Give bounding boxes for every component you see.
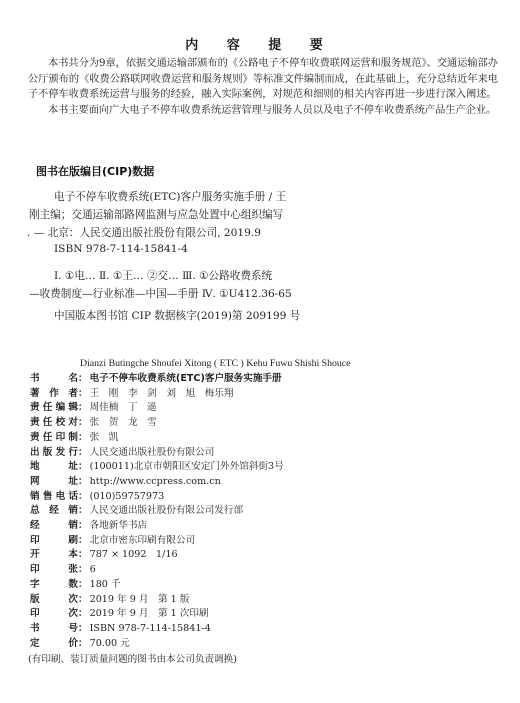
colophon-key: 经销 <box>30 519 78 533</box>
cip-heading: 图书在版编目(CIP)数据 <box>36 163 154 179</box>
colophon-key: 著作者 <box>30 387 78 401</box>
cip-isbn: ISBN 978-7-114-15841-4 <box>54 243 188 255</box>
summary-paragraph-1: 本书共分为9章，依据交通运输部颁布的《公路电子不停车收费联网运营和服务规范》、交… <box>28 56 498 103</box>
colophon-key: 印张 <box>30 563 78 577</box>
colophon-row: 印张：6 <box>30 563 96 577</box>
colophon-key: 书号 <box>30 622 78 636</box>
cip-line-2: 刚主编；交通运输部路网监测与应急处置中心组织编写 <box>29 207 283 222</box>
pinyin-title: Dianzi Butingche Shoufei Xitong ( ETC ) … <box>80 358 350 369</box>
colophon-value: (010)59757973 <box>90 491 165 502</box>
colophon-key: 地址 <box>30 460 78 474</box>
colon-separator: ： <box>78 388 88 399</box>
quality-note: (有印刷、装订质量问题的图书由本公司负责调换) <box>28 651 237 665</box>
colophon-key: 责任校对 <box>30 416 78 430</box>
colophon-row: 书名：电子不停车收费系统(ETC)客户服务实施手册 <box>30 372 282 386</box>
colon-separator: ： <box>78 491 88 502</box>
colophon-key: 定价 <box>30 637 78 651</box>
colophon-value: 70.00 元 <box>90 638 130 649</box>
colophon-value: 周佳楠 丁 遥 <box>90 402 157 413</box>
colon-separator: ： <box>78 461 88 472</box>
colophon-row: 责任校对：张 贺 龙 雪 <box>30 416 157 430</box>
colophon-value: 人民交通出版社股份有限公司发行部 <box>90 505 244 516</box>
summary-title: 内 容 提 要 <box>0 34 520 53</box>
colon-separator: ： <box>78 579 88 590</box>
cip-classification-2: —收费制度—行业标准—中国—手册 Ⅳ. ①U412.36-65 <box>29 286 292 301</box>
colophon-key: 网址 <box>30 475 78 489</box>
colophon-value: (100011)北京市朝阳区安定门外外馆斜街3号 <box>90 461 284 472</box>
colophon-value: 张 凯 <box>90 432 119 443</box>
colon-separator: ： <box>78 417 88 428</box>
colon-separator: ： <box>78 638 88 649</box>
colon-separator: ： <box>78 520 88 531</box>
colophon-row: 经销：各地新华书店 <box>30 519 147 533</box>
cip-line-1: 电子不停车收费系统(ETC)客户服务实施手册 / 王 <box>54 189 286 204</box>
colophon-row: 版次：2019 年 9 月 第 1 版 <box>30 593 189 607</box>
colophon-row: 书号：ISBN 978-7-114-15841-4 <box>30 622 211 636</box>
colophon-key: 字数 <box>30 578 78 592</box>
colophon-key: 销售电话 <box>30 490 78 504</box>
colon-separator: ： <box>78 623 88 634</box>
colophon-row: 网址：http://www.ccpress.com.cn <box>30 475 221 489</box>
colophon-value: 各地新华书店 <box>90 520 148 531</box>
colophon-row: 地址：(100011)北京市朝阳区安定门外外馆斜街3号 <box>30 460 284 474</box>
colophon-key: 责任编辑 <box>30 401 78 415</box>
colophon-row: 开本：787 × 1092 1/16 <box>30 548 178 562</box>
colophon-value: 2019 年 9 月 第 1 次印刷 <box>90 608 209 619</box>
colophon-row: 出版发行：人民交通出版社股份有限公司 <box>30 446 214 460</box>
colon-separator: ： <box>78 432 88 443</box>
colophon-value: ISBN 978-7-114-15841-4 <box>90 623 211 634</box>
cip-classification-1: Ⅰ. ①电… Ⅱ. ①王… ②交… Ⅲ. ①公路收费系统 <box>54 268 272 283</box>
colophon-value: 180 千 <box>90 579 121 590</box>
cip-record-number: 中国版本图书馆 CIP 数据核字(2019)第 209199 号 <box>54 308 300 323</box>
colophon-key: 版次 <box>30 593 78 607</box>
colophon-row: 总经销：人民交通出版社股份有限公司发行部 <box>30 504 243 518</box>
colophon-row: 责任印制：张 凯 <box>30 431 118 445</box>
colophon-row: 印次：2019 年 9 月 第 1 次印刷 <box>30 607 209 621</box>
colon-separator: ： <box>78 608 88 619</box>
colophon-value: 6 <box>90 564 96 575</box>
colon-separator: ： <box>78 505 88 516</box>
colophon-key: 书名 <box>30 372 78 386</box>
colophon-key: 总经销 <box>30 504 78 518</box>
colon-separator: ： <box>78 535 88 546</box>
colophon-value: 北京市密东印刷有限公司 <box>90 535 196 546</box>
colophon-key: 印次 <box>30 607 78 621</box>
colophon-value: 张 贺 龙 雪 <box>90 417 157 428</box>
colophon-row: 著作者：王 刚 李 剑 刘 旭 梅乐翔 <box>30 387 234 401</box>
colophon-value: 2019 年 9 月 第 1 版 <box>90 594 190 605</box>
colophon-value: 787 × 1092 1/16 <box>90 549 178 560</box>
colon-separator: ： <box>78 549 88 560</box>
colon-separator: ： <box>78 447 88 458</box>
colophon-value: 人民交通出版社股份有限公司 <box>90 447 215 458</box>
colophon-key: 开本 <box>30 548 78 562</box>
colophon-value: 电子不停车收费系统(ETC)客户服务实施手册 <box>90 373 282 384</box>
colon-separator: ： <box>78 594 88 605</box>
colophon-row: 定价：70.00 元 <box>30 637 130 651</box>
colophon-key: 印刷 <box>30 534 78 548</box>
colophon-row: 责任编辑：周佳楠 丁 遥 <box>30 401 157 415</box>
summary-paragraph-2: 本书主要面向广大电子不停车收费系统运营管理与服务人员以及电子不停车收费系统产品生… <box>28 103 498 119</box>
colophon-row: 字数：180 千 <box>30 578 121 592</box>
colophon-value: 王 刚 李 剑 刘 旭 梅乐翔 <box>90 388 234 399</box>
colon-separator: ： <box>78 373 88 384</box>
colophon-row: 印刷：北京市密东印刷有限公司 <box>30 534 195 548</box>
colophon-value: http://www.ccpress.com.cn <box>90 476 221 487</box>
colophon-row: 销售电话：(010)59757973 <box>30 490 164 504</box>
colon-separator: ： <box>78 564 88 575</box>
colophon-key: 责任印制 <box>30 431 78 445</box>
colon-separator: ： <box>78 476 88 487</box>
colon-separator: ： <box>78 402 88 413</box>
cip-line-3: . — 北京：人民交通出版社股份有限公司, 2019.9 <box>27 225 261 240</box>
colophon-key: 出版发行 <box>30 446 78 460</box>
